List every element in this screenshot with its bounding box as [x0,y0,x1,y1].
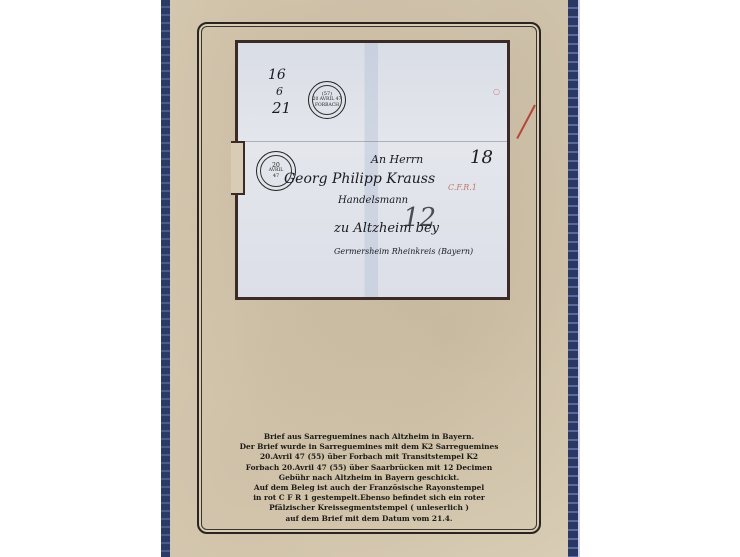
sarreguemines-year: 47 [273,174,279,179]
caption-line: Forbach 20.Avril 47 (55) über Saarbrücke… [197,463,541,473]
caption-line: Der Brief wurde in Sarreguemines mit dem… [197,442,541,452]
album-binder-left [161,0,170,557]
sarreguemines-day: 20 [272,163,280,169]
caption-line: Gebühr nach Altzheim in Bayern geschickt… [197,473,541,483]
caption-line: Brief aus Sarreguemines nach Altzheim in… [197,432,541,442]
fold-line [238,141,507,142]
address-line-5: Germersheim Rheinkreis (Bayern) [334,247,473,256]
caption-line: auf dem Brief mit dem Datum vom 21.4. [197,514,541,524]
address-line-3: Handelsmann [338,195,408,206]
note-corner-mid: 6 [276,85,283,98]
sarreguemines-month: AVRIL [269,169,283,174]
caption-line: 20.Avril 47 (55) über Forbach mit Transi… [197,452,541,462]
letter-flap-notch [231,141,245,195]
rate-mark: 18 [470,147,493,168]
caption-line: Pfälzischer Kreissegmentstempel ( unlese… [197,503,541,513]
forbach-postmark: (57) 20 AVRIL 47 FORBACH [308,81,346,119]
address-line-1: An Herrn [371,153,423,166]
caption-line: Auf dem Beleg ist auch der Französische … [197,483,541,493]
red-faint-mark: ○ [493,87,500,96]
forbach-postmark-town: FORBACH [315,104,339,109]
note-corner-bottom: 21 [272,99,291,117]
album-page: 16 6 21 (57) 20 AVRIL 47 FORBACH ○ 20 AV… [170,0,568,557]
forbach-postmark-top: (57) [322,92,332,97]
address-line-2: Georg Philipp Krauss [284,171,435,187]
album-binder-right [568,0,578,557]
album-caption: Brief aus Sarreguemines nach Altzheim in… [197,432,541,524]
note-corner-top: 16 [268,67,286,83]
forbach-postmark-date: 20 AVRIL 47 [313,98,342,103]
address-line-4: zu Altzheim bey [334,221,439,236]
letter-mount: 16 6 21 (57) 20 AVRIL 47 FORBACH ○ 20 AV… [235,40,510,300]
red-cfr-stamp: C.F.R.1 [448,183,477,192]
caption-line: in rot C F R 1 gestempelt.Ebenso befinde… [197,493,541,503]
folded-letter: 16 6 21 (57) 20 AVRIL 47 FORBACH ○ 20 AV… [238,43,507,297]
